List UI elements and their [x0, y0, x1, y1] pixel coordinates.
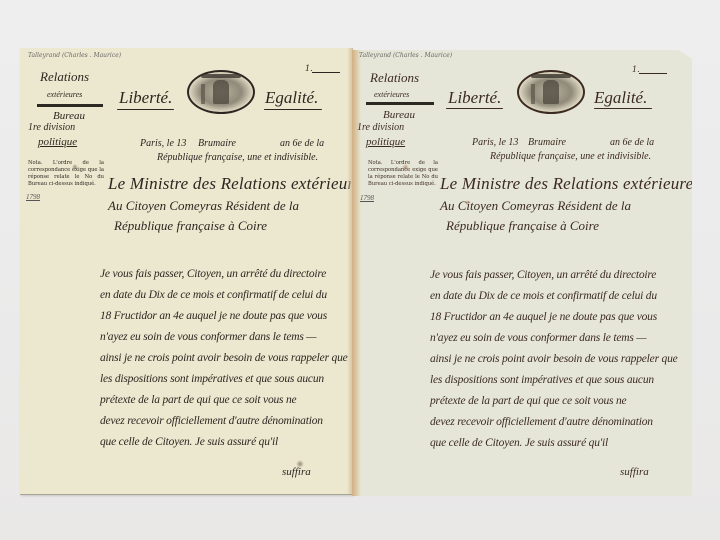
nota-note: Nota. L'ordre de la correspondance exige…: [28, 160, 104, 188]
addressee-line-2: République française à Coire: [446, 218, 599, 234]
body-line: que celle de Citoyen. Je suis assuré qu'…: [430, 437, 608, 449]
dept-division: 1re division: [28, 122, 75, 133]
body-line: 18 Fructidor an 4e auquel je ne doute pa…: [100, 310, 327, 322]
body-line: en date du Dix de ce mois et confirmatif…: [430, 290, 657, 302]
addressee-line-2: République française à Coire: [114, 218, 267, 234]
dept-exterieures: extérieures: [374, 90, 409, 99]
motto-liberte-underline: [446, 108, 503, 109]
body-line: prétexte de la part de qui que ce soit v…: [100, 394, 296, 406]
republican-seal-icon: [187, 70, 255, 114]
motto-egalite-underline: [264, 109, 322, 110]
dateline-city-day: Paris, le 13: [140, 138, 186, 149]
dateline-year: an 6e de la: [610, 137, 654, 148]
motto-liberte-underline: [117, 109, 174, 110]
body-line: devez recevoir officiellement d'autre dé…: [430, 416, 653, 428]
body-line: Je vous fais passer, Citoyen, un arrêté …: [100, 268, 326, 280]
minister-heading: Le Ministre des Relations extérieures,: [440, 174, 692, 194]
letter-page-original: Talleyrand (Charles . Maurice) 1. Relati…: [352, 50, 692, 496]
foxing-spot: [402, 164, 409, 171]
dept-division: 1re division: [357, 122, 404, 133]
corner-dash: [639, 73, 667, 74]
body-line: Je vous fais passer, Citoyen, un arrêté …: [430, 269, 656, 281]
body-line: prétexte de la part de qui que ce soit v…: [430, 395, 626, 407]
body-line: que celle de Citoyen. Je suis assuré qu'…: [100, 436, 278, 448]
ink-blot: [72, 164, 78, 170]
motto-egalite: Egalité.: [594, 88, 647, 108]
dept-relations: Relations: [370, 70, 419, 86]
motto-liberte: Liberté.: [119, 88, 172, 108]
body-line: 18 Fructidor an 4e auquel je ne doute pa…: [430, 311, 657, 323]
minister-heading: Le Ministre des Relations extérieures,: [108, 174, 353, 194]
folio-number: 1798: [360, 194, 374, 202]
motto-egalite: Egalité.: [265, 88, 318, 108]
dateline-year: an 6e de la: [280, 138, 324, 149]
body-line: les dispositions sont impératives et que…: [430, 374, 654, 386]
letter-page-copy: Talleyrand (Charles . Maurice) 1. Relati…: [20, 48, 353, 494]
folio-number: 1798: [26, 193, 40, 201]
body-line: ainsi je ne crois point avoir besoin de …: [430, 353, 678, 365]
dept-rule: [37, 104, 103, 107]
body-line: devez recevoir officiellement d'autre dé…: [100, 415, 323, 427]
dateline-city-day: Paris, le 13: [472, 137, 518, 148]
addressee-line-1: Au Citoyen Comeyras Résident de la: [108, 198, 299, 214]
dateline-month: Brumaire: [198, 138, 236, 149]
body-line: n'ayez eu soin de vous conformer dans le…: [430, 332, 646, 344]
dept-section: politique: [38, 136, 77, 148]
dept-section: politique: [366, 136, 405, 148]
dateline-republic: République française, une et indivisible…: [490, 151, 651, 162]
dept-relations: Relations: [40, 69, 89, 85]
motto-liberte: Liberté.: [448, 88, 501, 108]
foxing-spot: [465, 200, 470, 205]
closing-word: suffira: [620, 466, 649, 478]
body-line: les dispositions sont impératives et que…: [100, 373, 324, 385]
body-line: n'ayez eu soin de vous conformer dans le…: [100, 331, 316, 343]
dept-bureau: Bureau: [53, 110, 85, 122]
body-line: ainsi je ne crois point avoir besoin de …: [100, 352, 348, 364]
archive-annotation: Talleyrand (Charles . Maurice): [359, 52, 452, 59]
closing-word: suffira: [282, 466, 311, 478]
dept-exterieures: extérieures: [47, 90, 82, 99]
corner-dash: [312, 72, 340, 73]
dateline-republic: République française, une et indivisible…: [157, 152, 318, 163]
ink-blot: [296, 460, 304, 468]
dateline-month: Brumaire: [528, 137, 566, 148]
motto-egalite-underline: [594, 108, 652, 109]
body-line: en date du Dix de ce mois et confirmatif…: [100, 289, 327, 301]
republican-seal-icon: [517, 70, 585, 114]
dept-rule: [366, 102, 434, 105]
dept-bureau: Bureau: [383, 109, 415, 121]
archive-annotation: Talleyrand (Charles . Maurice): [28, 52, 121, 59]
